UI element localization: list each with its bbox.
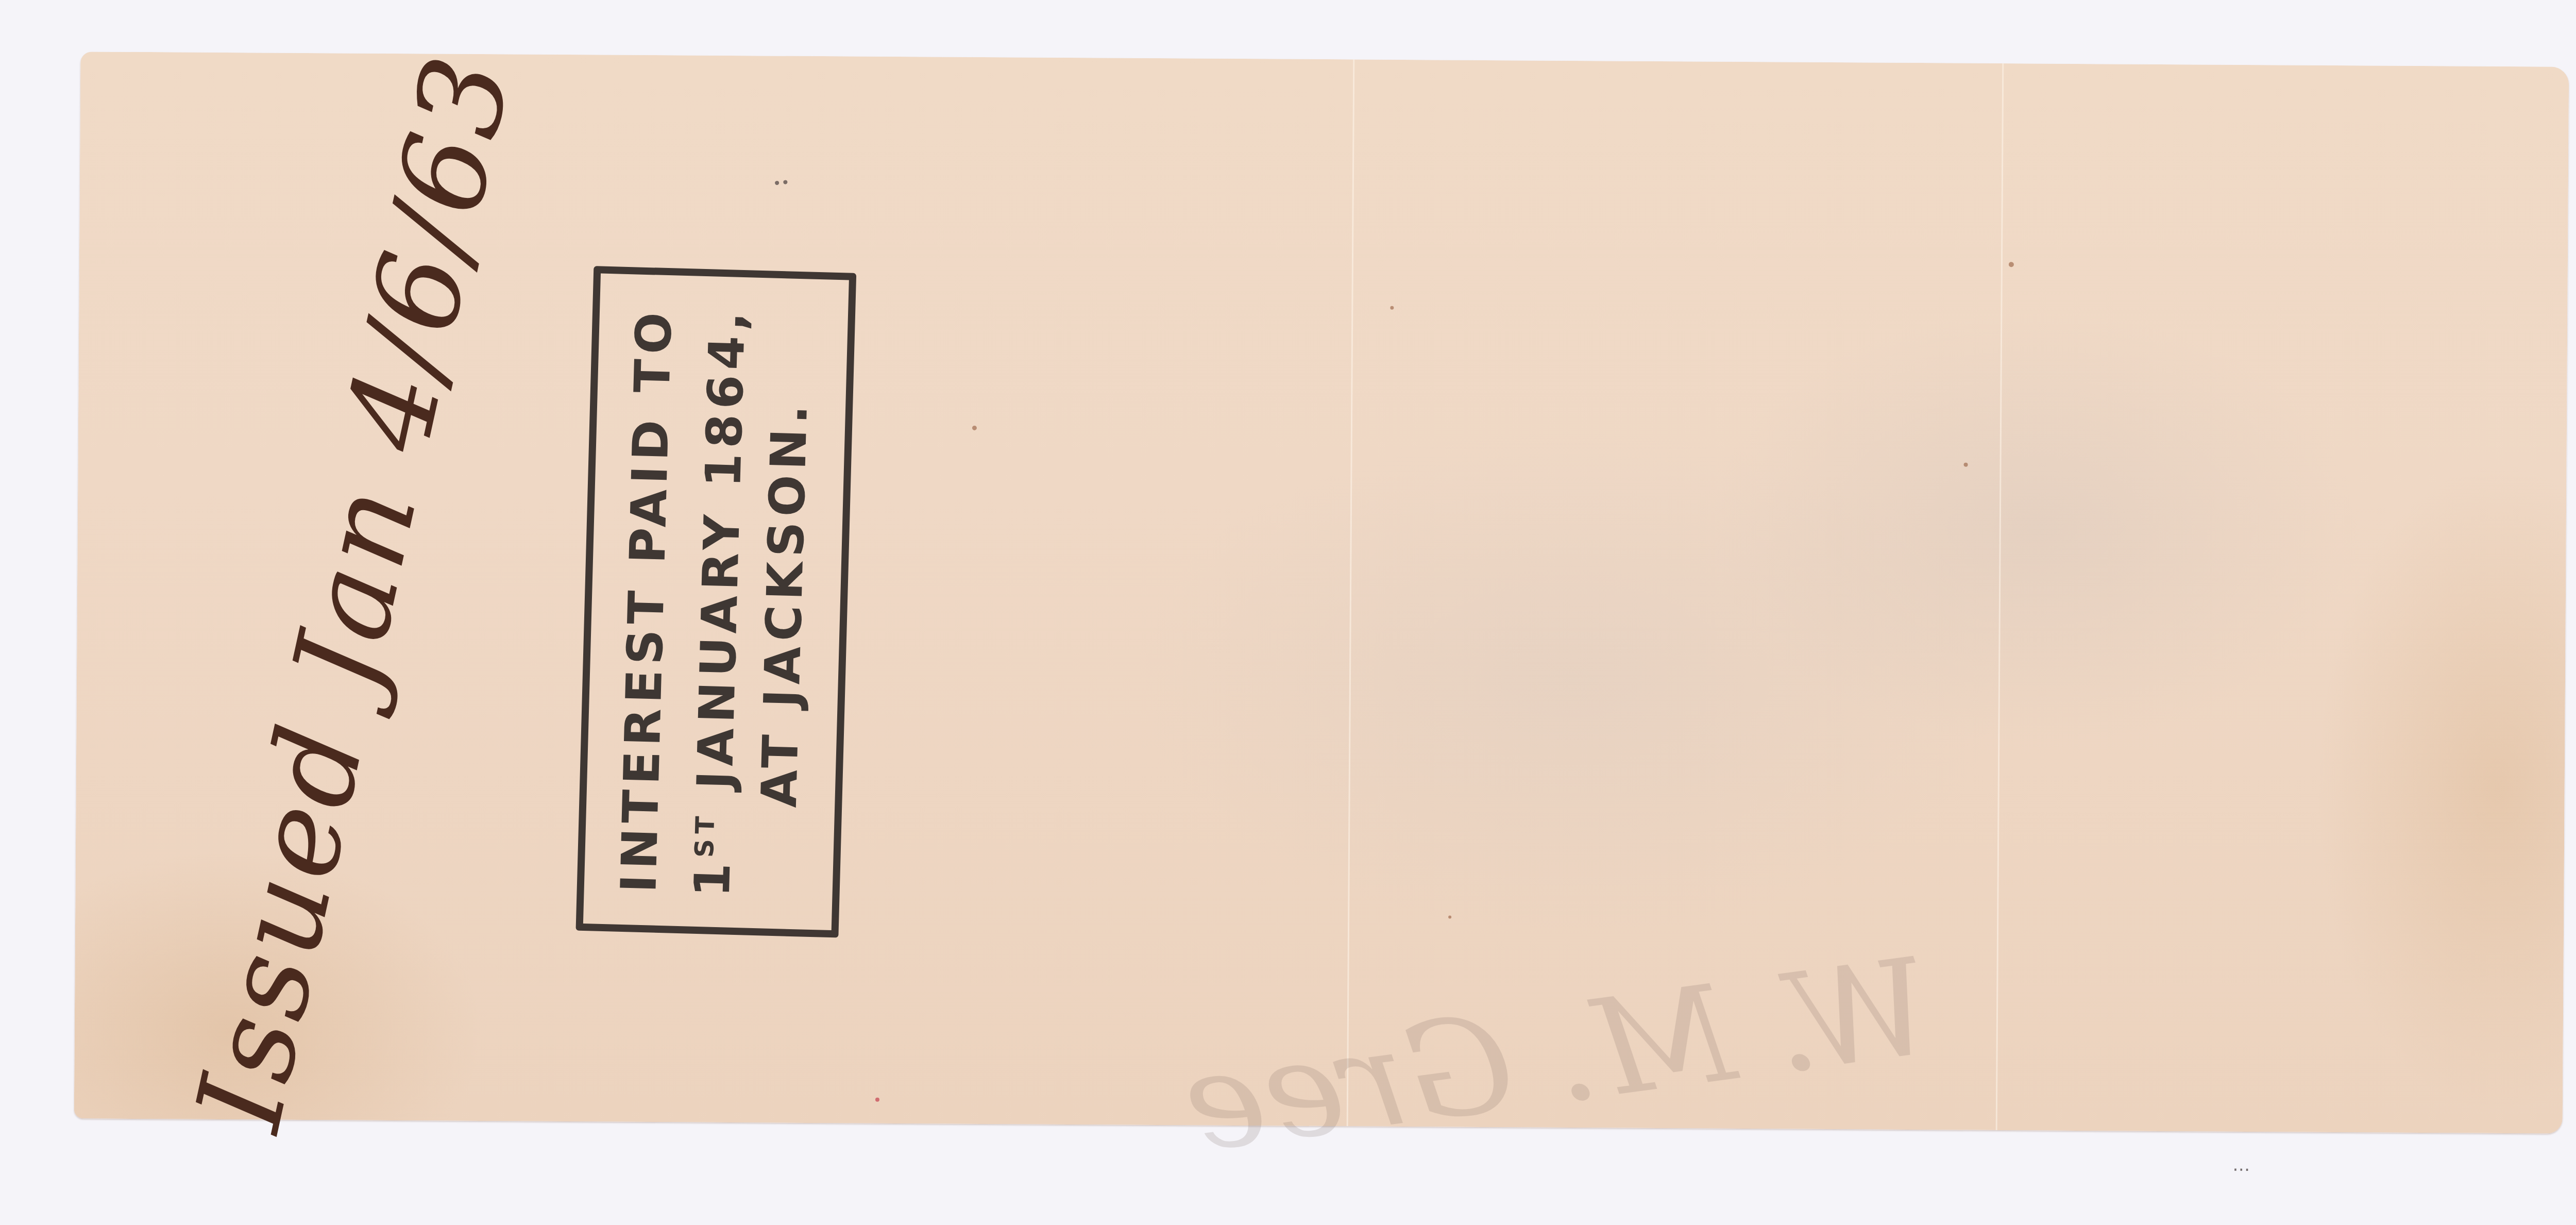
fold-line xyxy=(1996,63,2004,1130)
ink-spot xyxy=(1448,916,1451,919)
ink-spot xyxy=(1964,463,1968,467)
handwritten-issue-date: Issued Jan 4/6/63 xyxy=(171,130,520,1141)
stamp-text: INTEREST PAID TO 1ST JANUARY 1864, AT JA… xyxy=(606,290,825,914)
edge-mark: … xyxy=(2232,1155,2250,1176)
ink-spot xyxy=(1390,306,1394,310)
ink-spot xyxy=(875,1098,879,1102)
ink-spot xyxy=(972,426,977,430)
show-through-signature: W. M. Gree xyxy=(1175,929,1941,1183)
small-stamp-mark: •• xyxy=(772,174,791,192)
interest-paid-stamp: INTEREST PAID TO 1ST JANUARY 1864, AT JA… xyxy=(576,266,857,937)
fold-line xyxy=(1347,59,1355,1126)
note-back: •• … W. M. Gree INTEREST PAID TO 1ST JAN… xyxy=(74,52,2569,1133)
ink-spot xyxy=(2009,262,2014,267)
